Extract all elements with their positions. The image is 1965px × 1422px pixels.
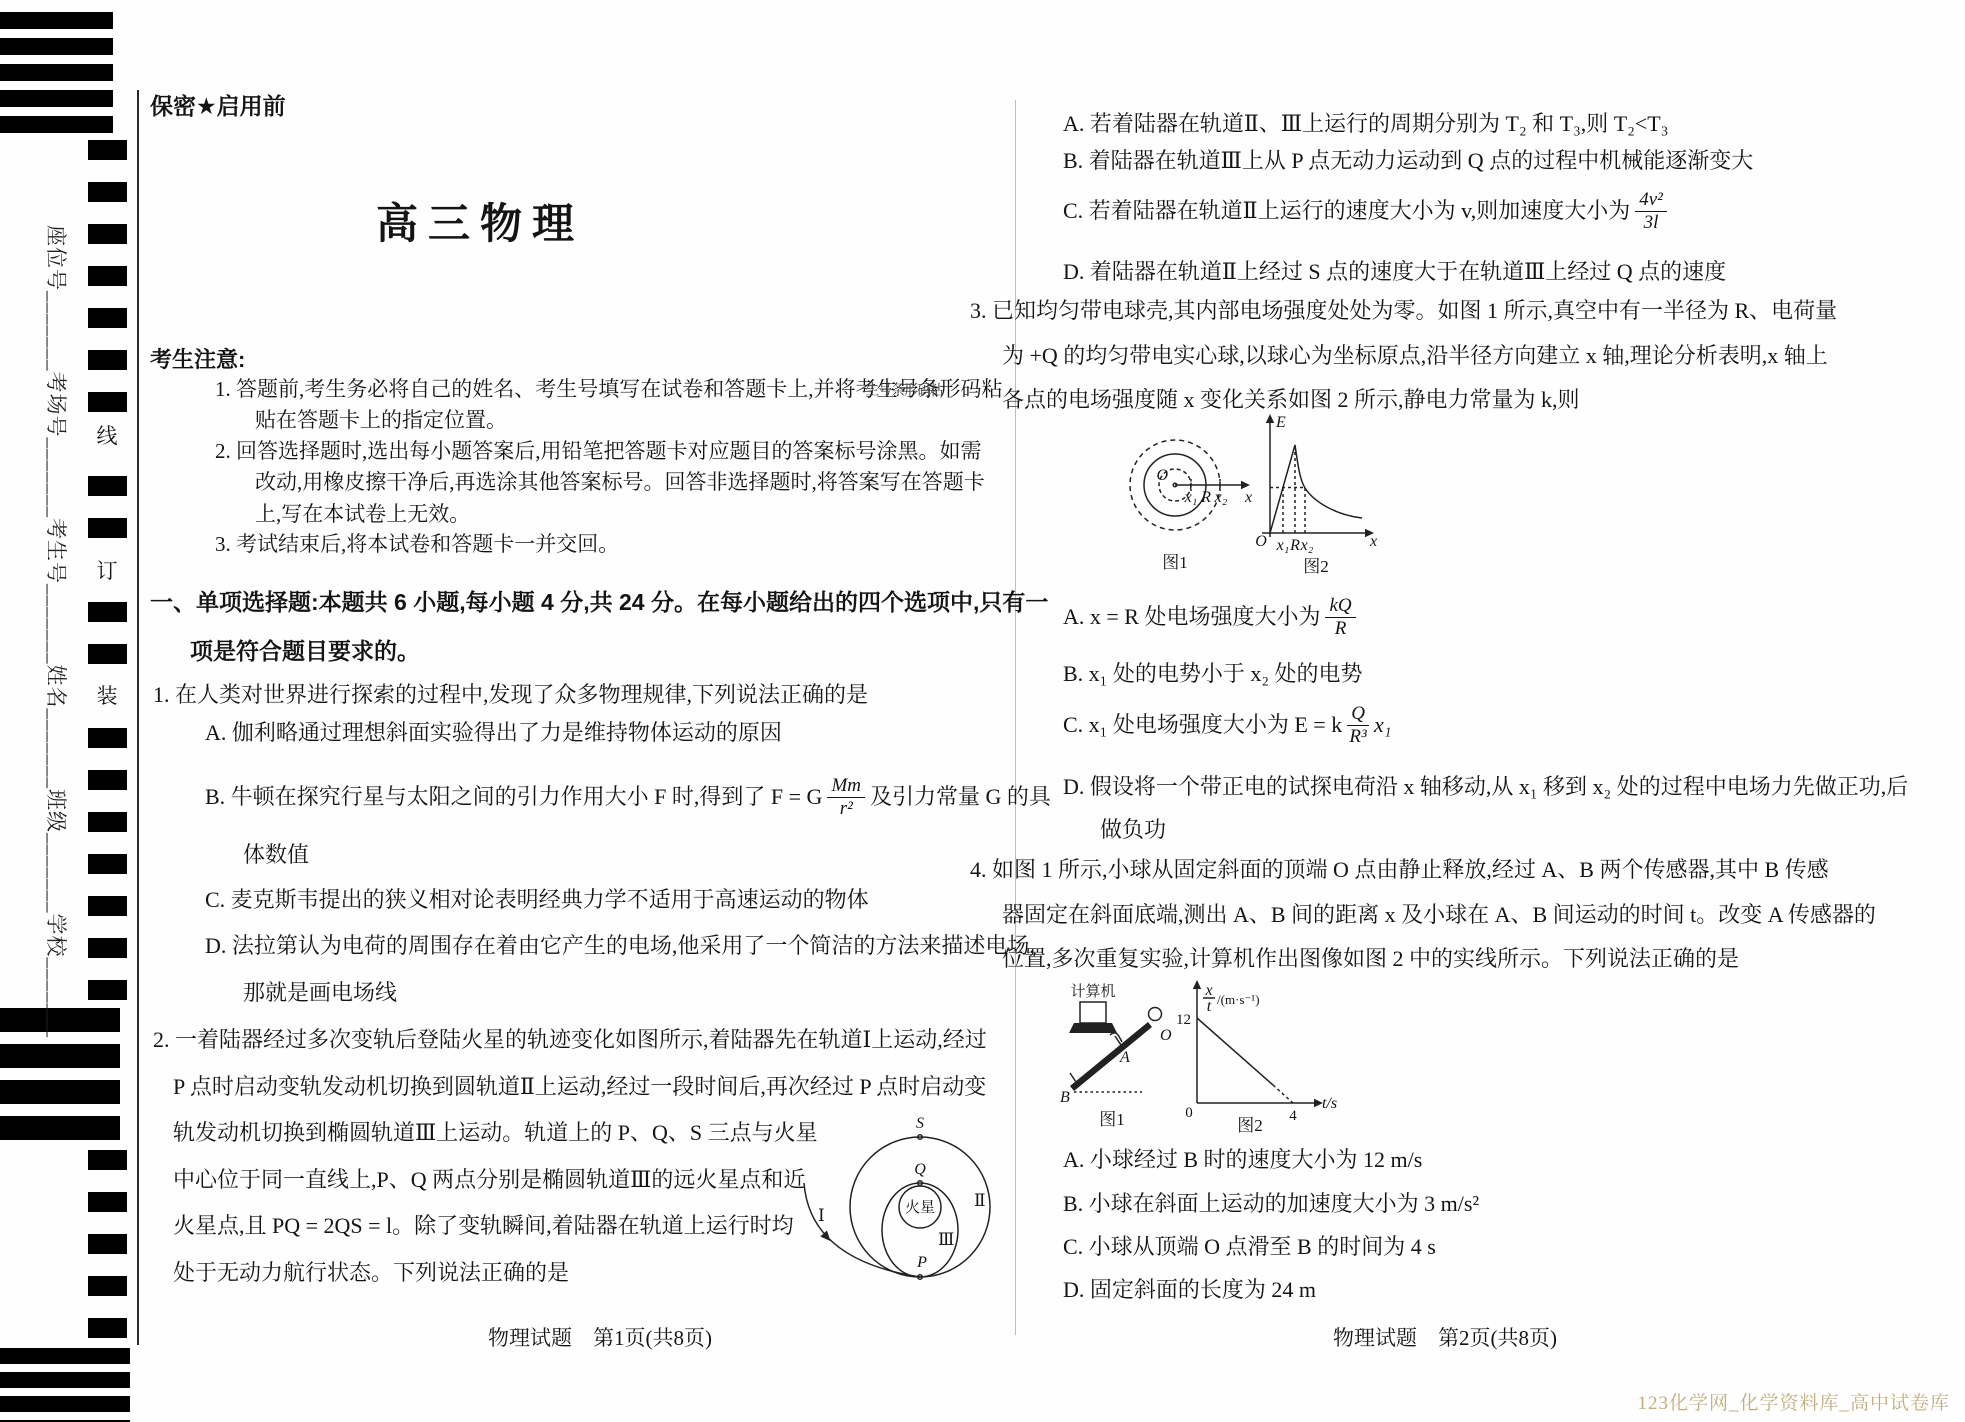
exam-scan-page: 线 订 装 座位号_______考场号_______考生号_______姓名__… — [0, 0, 1965, 1422]
page-fold-line — [1015, 100, 1016, 1335]
mars-orbit-diagram: S Q P Ⅰ Ⅱ Ⅲ 火星 — [788, 1105, 1003, 1290]
q3-option-a: A. x = R 处电场强度大小为 kQ R — [1063, 590, 1361, 644]
q1-option-d: D. 法拉第认为电荷的周围存在着由它产生的电场,他采用了一个简洁的方法来描述电场… — [205, 932, 1035, 960]
ball — [1149, 1008, 1162, 1021]
label-E: E — [1275, 414, 1286, 431]
figure1-caption: 图1 — [1099, 1110, 1125, 1129]
fraction-Mm-r2: Mm r² — [827, 775, 865, 819]
computer-label: 计算机 — [1070, 983, 1115, 1000]
laptop-screen — [1080, 1002, 1106, 1023]
section-header-line2: 项是符合题目要求的。 — [190, 637, 420, 666]
tick-12: 12 — [1176, 1012, 1191, 1028]
watermark: 123化学网_化学资料库_高中试卷库 — [1600, 1388, 1950, 1415]
q1-option-b: B. 牛顿在探究行星与太阳之间的引力作用大小 F 时,得到了 F = G Mm … — [205, 768, 1051, 826]
q1-option-a: A. 伽利略通过理想斜面实验得出了力是维持物体运动的原因 — [205, 719, 782, 747]
ylabel-unit: /(m·s⁻¹) — [1217, 992, 1260, 1007]
q3-option-d: D. 假设将一个带正电的试探电荷沿 x 轴移动,从 x₁ 移到 x₂ 处的过程中… — [1063, 773, 1908, 801]
figure2-caption: 图2 — [1237, 1116, 1263, 1135]
secrecy-banner: 保密★启用前 — [150, 92, 286, 121]
notice-label: 考生注意: — [150, 346, 245, 374]
orbit-1-curve — [804, 1183, 920, 1277]
dashed-extrapolation — [1273, 1085, 1293, 1103]
fraction-4v2-3l: 4v² 3l — [1635, 189, 1667, 233]
q3-option-d-wrap: 做负功 — [1100, 816, 1166, 844]
q2-option-d: D. 着陆器在轨道Ⅱ上经过 S 点的速度大于在轨道Ⅲ上经过 Q 点的速度 — [1063, 258, 1726, 286]
label-P: P — [916, 1254, 927, 1271]
q4-line: 位置,多次重复实验,计算机作出图像如图 2 中的实线所示。下列说法正确的是 — [1002, 945, 1739, 973]
q4-option-a: A. 小球经过 B 时的速度大小为 12 m/s — [1063, 1146, 1422, 1174]
q1-option-b-wrap: 体数值 — [243, 841, 309, 869]
label-x1: x₁ — [1184, 489, 1198, 506]
notice-line: 上,写在本试卷上无效。 — [255, 501, 470, 527]
label-Q: Q — [914, 1161, 926, 1178]
q2-line: 火星点,且 PQ = 2QS = l。除了变轨瞬间,着陆器在轨道上运行时均 — [173, 1212, 794, 1240]
registration-bars-top — [0, 12, 113, 140]
timing-strip-lower — [88, 1150, 127, 1338]
q3-option-c-tail: x₁ — [1374, 711, 1391, 739]
label-O: O — [1255, 533, 1267, 550]
binding-char-xian: 线 — [84, 412, 130, 458]
q2-option-b: B. 着陆器在轨道Ⅲ上从 P 点无动力运动到 Q 点的过程中机械能逐渐变大 — [1063, 147, 1753, 175]
label-orbit-1: Ⅰ — [818, 1206, 825, 1225]
label-B: B — [1060, 1089, 1070, 1106]
label-x2: x₂ — [1214, 489, 1228, 506]
q2-line: 中心位于同一直线上,P、Q 两点分别是椭圆轨道Ⅲ的远火星点和近 — [173, 1166, 805, 1194]
fraction-kQ-R: kQ R — [1325, 595, 1355, 639]
figure1-caption: 图1 — [1162, 553, 1188, 572]
gutter-artifact-text: 生号条形码粘 — [865, 379, 942, 401]
label-x2: x₂ — [1300, 537, 1314, 554]
notice-line: 3. 考试结束后,将本试卷和答题卡一并交回。 — [215, 531, 619, 557]
e-axis-arrowhead — [1266, 414, 1274, 423]
q1-option-b-tail: 及引力常量 G 的具 — [870, 783, 1051, 811]
tick-0: 0 — [1185, 1105, 1193, 1121]
y-axis-arrowhead — [1193, 980, 1201, 989]
label-S: S — [916, 1115, 924, 1132]
q4-option-c: C. 小球从顶端 O 点滑至 B 的时间为 4 s — [1063, 1233, 1436, 1261]
binding-char-label: 订 — [97, 555, 118, 585]
q3-line: 3. 已知均匀带电球壳,其内部电场强度处处为零。如图 1 所示,真空中有一半径为… — [970, 297, 1837, 325]
q1-option-d-wrap: 那就是画电场线 — [243, 979, 397, 1007]
q3-line: 各点的电场强度随 x 变化关系如图 2 所示,静电力常量为 k,则 — [1002, 386, 1580, 414]
label-ts: t/s — [1322, 1095, 1337, 1112]
section-header-line1: 一、单项选择题:本题共 6 小题,每小题 4 分,共 24 分。在每小题给出的四… — [150, 588, 1048, 617]
efield-graph-figure: E O x₁ R x₂ x 图2 — [1248, 412, 1383, 577]
q4-line: 4. 如图 1 所示,小球从固定斜面的顶端 O 点由静止释放,经过 A、B 两个… — [970, 856, 1829, 884]
charged-sphere-figure: O x₁ R x₂ x 图1 — [1118, 418, 1253, 573]
margin-rule-line — [137, 90, 139, 1345]
solid-data-line — [1197, 1018, 1273, 1085]
label-R: R — [1289, 537, 1300, 554]
notice-line: 贴在答题卡上的指定位置。 — [255, 407, 507, 433]
tick-4: 4 — [1289, 1108, 1297, 1124]
velocity-time-graph-figure: x t /(m·s⁻¹) 12 0 4 t/s 图2 — [1165, 978, 1340, 1133]
q2-option-c-text: C. 若着陆器在轨道Ⅱ上运行的速度大小为 v,则加速度大小为 — [1063, 197, 1630, 225]
q2-option-c: C. 若着陆器在轨道Ⅱ上运行的速度大小为 v,则加速度大小为 4v² 3l — [1063, 182, 1672, 240]
E-curve — [1270, 445, 1362, 533]
q3-option-a-text: A. x = R 处电场强度大小为 — [1063, 603, 1320, 631]
notice-line: 改动,用橡皮擦干净后,再选涂其他答案标号。回答非选择题时,将答案写在答题卡 — [255, 469, 985, 495]
q2-option-a: A. 若着陆器在轨道Ⅱ、Ⅲ上运行的周期分别为 T₂ 和 T₃,则 T₂<T₃ — [1063, 110, 1668, 138]
q3-line: 为 +Q 的均匀带电实心球,以球心为坐标原点,沿半径方向建立 x 轴,理论分析表… — [1002, 342, 1828, 370]
student-info-fields: 座位号_______考场号_______考生号_______姓名_______班… — [42, 225, 72, 1000]
q1-option-b-text: B. 牛顿在探究行星与太阳之间的引力作用大小 F 时,得到了 F = G — [205, 783, 822, 811]
sensor-B-tab — [1070, 1073, 1076, 1082]
q1-option-c: C. 麦克斯韦提出的狭义相对论表明经典力学不适用于高速运动的物体 — [205, 886, 869, 914]
q3-option-b: B. x₁ 处的电势小于 x₂ 处的电势 — [1063, 660, 1363, 688]
q1-stem: 1. 在人类对世界进行探索的过程中,发现了众多物理规律,下列说法正确的是 — [153, 681, 868, 709]
label-orbit-2: Ⅱ — [974, 1191, 986, 1210]
label-mars: 火星 — [905, 1199, 935, 1216]
q4-option-b: B. 小球在斜面上运动的加速度大小为 3 m/s² — [1063, 1190, 1479, 1218]
footer-page2: 物理试题 第2页(共8页) — [1005, 1322, 1885, 1352]
page-title: 高三物理 — [150, 198, 810, 251]
q3-option-c: C. x₁ 处电场强度大小为 E = k Q R³ x₁ — [1063, 698, 1391, 752]
q2-line: 处于无动力航行状态。下列说法正确的是 — [173, 1259, 569, 1287]
binding-char-label: 线 — [97, 420, 118, 450]
laptop-base — [1069, 1023, 1117, 1033]
registration-bars-bottom — [0, 1348, 130, 1422]
label-O: O — [1156, 467, 1168, 484]
label-orbit-3: Ⅲ — [938, 1230, 954, 1249]
q4-line: 器固定在斜面底端,测出 A、B 间的距离 x 及小球在 A、B 间运动的时间 t… — [1002, 901, 1876, 929]
fraction-Q-R3: Q R³ — [1347, 703, 1369, 747]
q2-line: P 点时启动变轨发动机切换到圆轨道Ⅱ上运动,经过一段时间后,再次经过 P 点时启… — [173, 1073, 986, 1101]
notice-line: 2. 回答选择题时,选出每小题答案后,用铅笔把答题卡对应题目的答案标号涂黑。如需 — [215, 438, 982, 464]
label-x: x — [1369, 533, 1377, 550]
footer-page1: 物理试题 第1页(共8页) — [170, 1322, 1030, 1352]
binding-char-zhuang: 装 — [84, 672, 130, 718]
ylabel-den: t — [1207, 998, 1212, 1015]
figure2-caption: 图2 — [1303, 557, 1329, 576]
label-x1: x₁ — [1276, 537, 1290, 554]
q2-line: 轨发动机切换到椭圆轨道Ⅲ上运动。轨道上的 P、Q、S 三点与火星 — [173, 1119, 818, 1147]
ylabel-num: x — [1204, 982, 1212, 999]
q2-line: 2. 一着陆器经过多次变轨后登陆火星的轨迹变化如图所示,着陆器先在轨道Ⅰ上运动,… — [153, 1026, 987, 1054]
binding-char-label: 装 — [97, 680, 118, 710]
q4-option-d: D. 固定斜面的长度为 24 m — [1063, 1276, 1316, 1304]
label-A: A — [1119, 1049, 1130, 1066]
q3-option-c-text: C. x₁ 处电场强度大小为 E = k — [1063, 711, 1342, 739]
binding-char-ding: 订 — [84, 547, 130, 593]
label-R: R — [1200, 489, 1211, 506]
